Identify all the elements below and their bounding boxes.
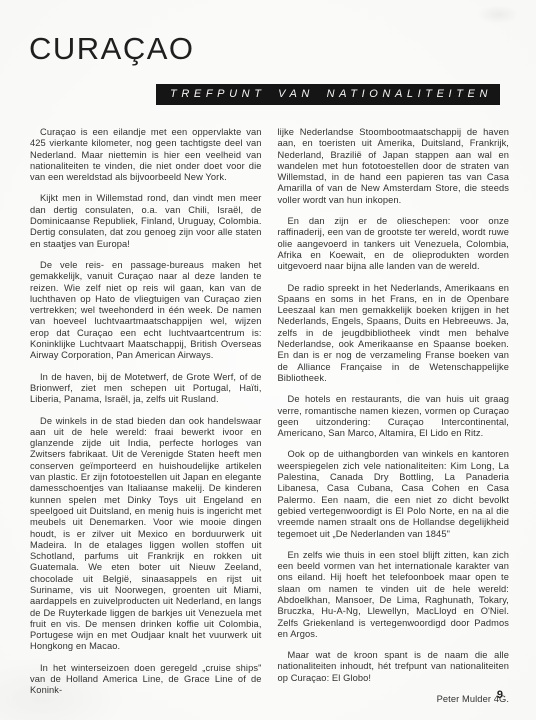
paragraph: Kijkt men in Willemstad rond, dan vindt … xyxy=(30,193,262,249)
subtitle-banner-label: TREFPUNT VAN NATIONALITEITEN xyxy=(170,88,492,100)
paragraph: In het winterseizoen doen geregeld „crui… xyxy=(30,663,262,697)
subtitle-banner: TREFPUNT VAN NATIONALITEITEN xyxy=(156,84,500,105)
paragraph: De hotels en restaurants, die van huis u… xyxy=(278,394,510,439)
paragraph: Maar wat de kroon spant is de naam die a… xyxy=(278,650,510,684)
paragraph: In de haven, bij de Motetwerf, de Grote … xyxy=(30,372,262,406)
paragraph: En dan zijn er de olieschepen: voor onze… xyxy=(278,216,510,272)
paragraph: En zelfs wie thuis in een stoel blijft z… xyxy=(278,550,510,640)
paragraph: De winkels in de stad bieden dan ook han… xyxy=(30,416,262,653)
paragraph: Curaçao is een eilandje met een oppervla… xyxy=(30,127,262,183)
page-title: CURAÇAO xyxy=(29,33,195,64)
left-column: Curaçao is een eilandje met een oppervla… xyxy=(30,127,262,707)
paragraph: Ook op de uithangborden van winkels en k… xyxy=(278,449,510,539)
paragraph: De radio spreekt in het Nederlands, Amer… xyxy=(278,283,510,385)
article-body: Curaçao is een eilandje met een oppervla… xyxy=(30,127,509,707)
paragraph: lijke Nederlandse Stoombootmaatschappij … xyxy=(278,127,510,206)
scanned-article-page: CURAÇAO TREFPUNT VAN NATIONALITEITEN Cur… xyxy=(0,0,536,720)
paragraph: De vele reis- en passage-bureaus maken h… xyxy=(30,260,262,362)
right-column: lijke Nederlandse Stoombootmaatschappij … xyxy=(278,127,510,707)
author-signature: Peter Mulder 4G. xyxy=(278,694,510,705)
page-number: 9 xyxy=(497,689,503,701)
